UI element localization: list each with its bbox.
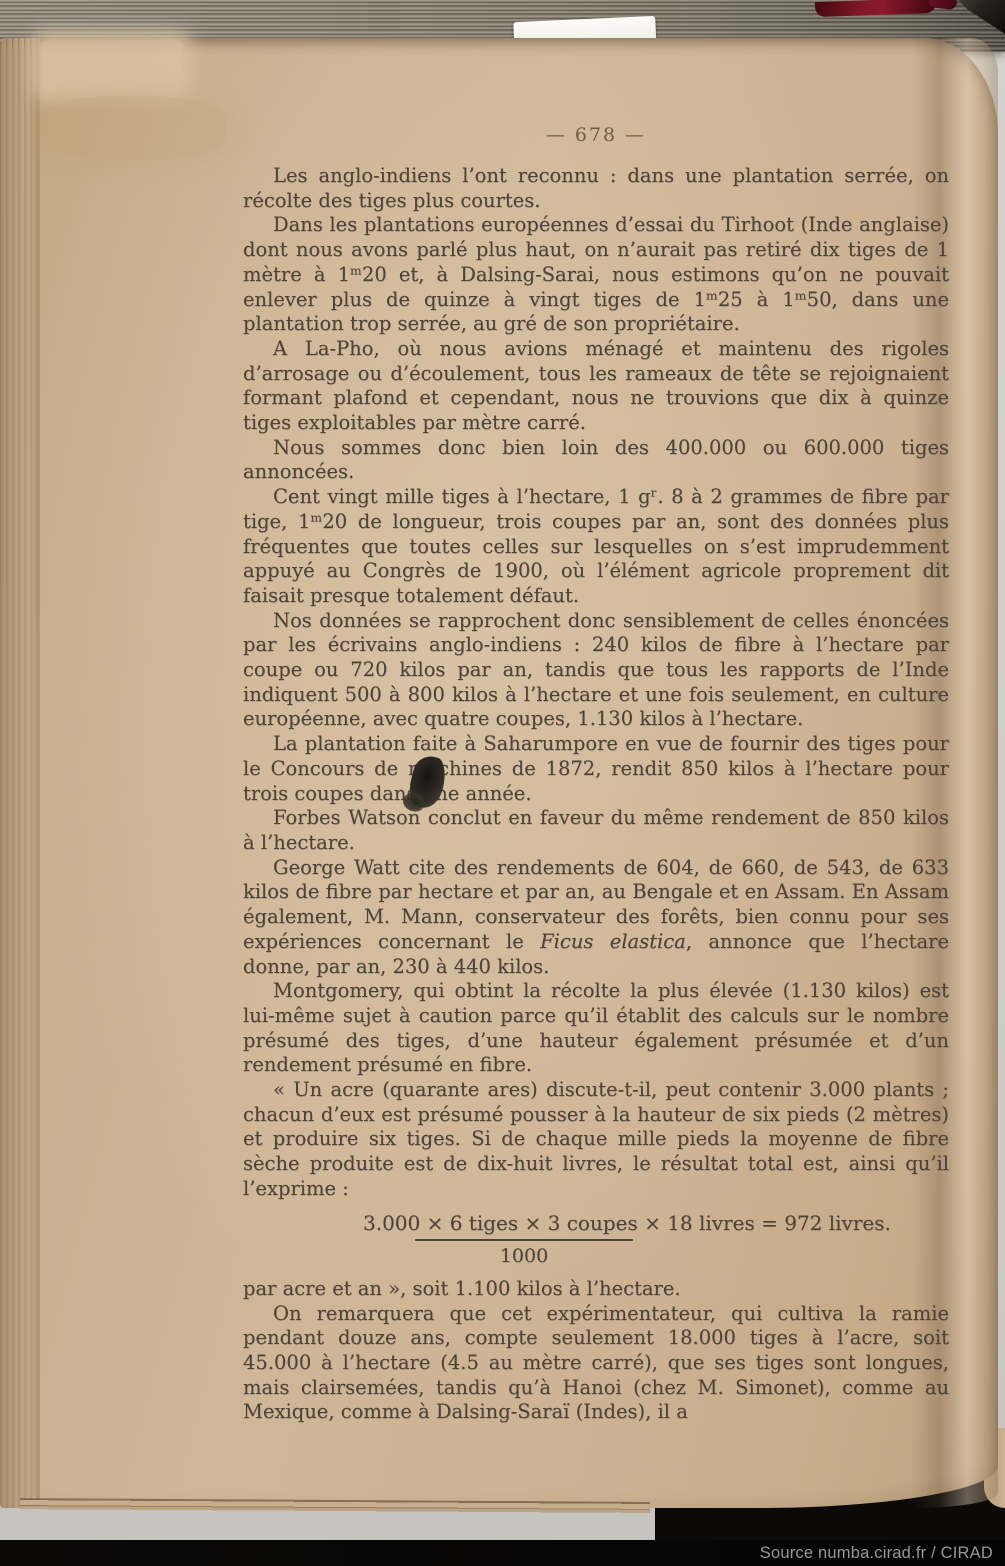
left-leaf-edges	[0, 38, 40, 1508]
paragraph: On remarquera que cet expérimentateur, q…	[243, 1302, 949, 1426]
body-text: Cent vingt mille tiges à l’hectare, 1 gʳ…	[243, 485, 949, 607]
paragraph: « Un acre (quarante ares) discute-t-il, …	[243, 1078, 949, 1202]
paragraph: La plantation faite à Saharumpore en vue…	[243, 732, 949, 806]
yield-formula: 3.000 × 6 tiges × 3 coupes × 18 livres =…	[243, 1211, 949, 1269]
body-text: Montgomery, qui obtint la récolte la plu…	[243, 979, 949, 1076]
text-column: Les anglo-indiens l’ont reconnu : dans u…	[243, 164, 949, 1425]
fraction-bar	[415, 1239, 633, 1241]
body-text: Nos données se rapprochent donc sensible…	[243, 609, 949, 731]
formula-denominator: 1000	[415, 1244, 633, 1269]
body-text: par acre et an », soit 1.100 kilos à l’h…	[243, 1277, 681, 1300]
book-page: — 678 — Les anglo-indiens l’ont reconnu …	[0, 38, 998, 1508]
body-text: Les anglo-indiens l’ont reconnu : dans u…	[243, 164, 949, 212]
source-attribution: Source numba.cirad.fr / CIRAD	[760, 1540, 993, 1566]
paragraph: Nos données se rapprochent donc sensible…	[243, 609, 949, 733]
paragraph: par acre et an », soit 1.100 kilos à l’h…	[243, 1277, 949, 1302]
paragraph: Montgomery, qui obtint la récolte la plu…	[243, 979, 949, 1078]
body-text: Dans les plantations européennes d’essai…	[243, 213, 949, 335]
formula-numerator: 3.000 × 6 tiges × 3 coupes × 18 livres =…	[363, 1211, 949, 1236]
body-text: La plantation faite à Saharumpore en vue…	[243, 732, 949, 804]
paragraph: Les anglo-indiens l’ont reconnu : dans u…	[243, 164, 949, 213]
paragraph: Dans les plantations européennes d’essai…	[243, 213, 949, 337]
paragraph: Forbes Watson conclut en faveur du même …	[243, 806, 949, 855]
body-text: Forbes Watson conclut en faveur du même …	[243, 806, 949, 854]
paragraph: George Watt cite des rendements de 604, …	[243, 856, 949, 980]
paragraph: A La-Pho, où nous avions ménagé et maint…	[243, 337, 949, 436]
page-stain	[42, 40, 182, 92]
body-text: Nous sommes donc bien loin des 400.000 o…	[243, 436, 949, 484]
source-bar: Source numba.cirad.fr / CIRAD	[0, 1540, 1005, 1566]
paragraph: Nous sommes donc bien loin des 400.000 o…	[243, 436, 949, 485]
body-text: « Un acre (quarante ares) discute-t-il, …	[243, 1078, 949, 1200]
body-text: A La-Pho, où nous avions ménagé et maint…	[243, 337, 949, 434]
page-number: — 678 —	[243, 124, 949, 146]
italic-text: Ficus elastica	[540, 930, 686, 953]
body-text: On remarquera que cet expérimentateur, q…	[243, 1302, 949, 1424]
scanned-book-photo: — 678 — Les anglo-indiens l’ont reconnu …	[0, 0, 1005, 1566]
paragraph: Cent vingt mille tiges à l’hectare, 1 gʳ…	[243, 485, 949, 609]
bottom-leaf-edges	[20, 1498, 650, 1515]
